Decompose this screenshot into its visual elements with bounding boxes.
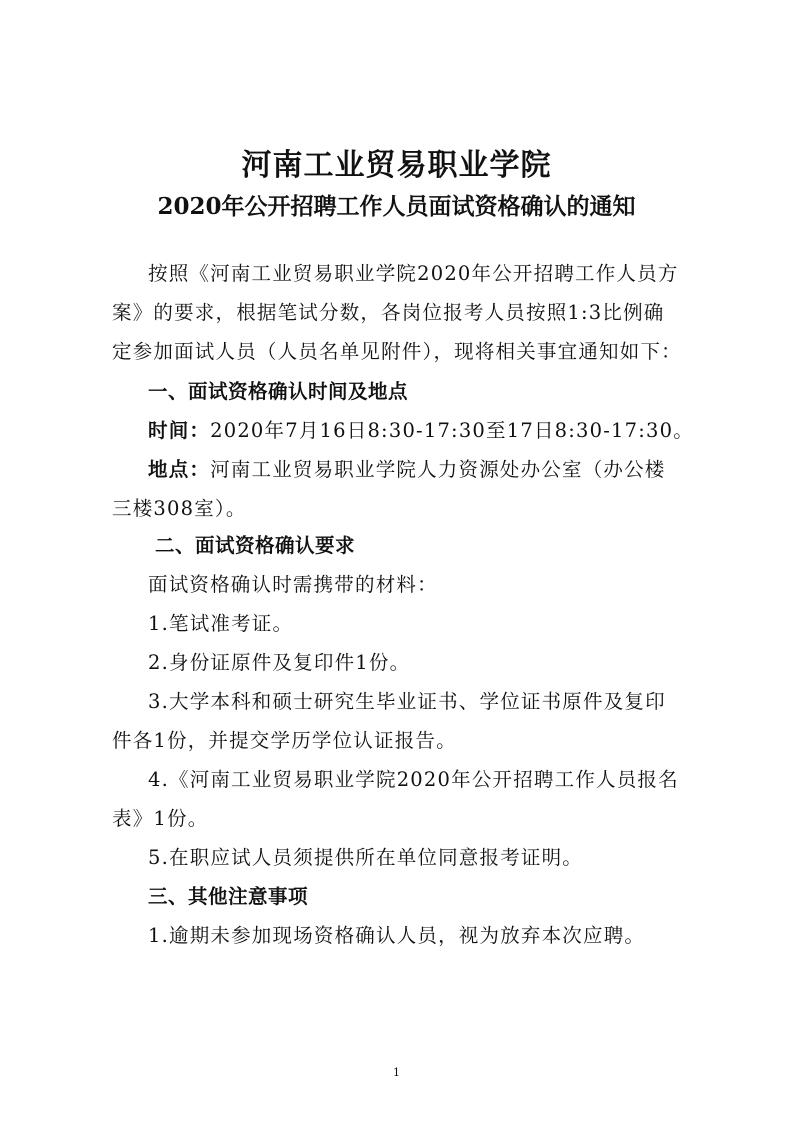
list-item: 2.身份证原件及复印件1份。 [148,647,410,675]
list-item: 1.逾期未参加现场资格确认人员，视为放弃本次应聘。 [148,920,645,948]
list-item: 1.笔试准考证。 [148,608,293,636]
list-item: 3.大学本科和硕士研究生毕业证书、学位证书原件及复印 [148,686,666,714]
section1-heading: 一、面试资格确认时间及地点 [148,376,408,404]
time-value: 2020年7月16日8:30-17:30至17日8:30-17:30。 [210,419,694,442]
section2-heading: 二、面试资格确认要求 [155,530,355,558]
document-title: 河南工业贸易职业学院 [0,140,793,184]
document-subtitle: 2020年公开招聘工作人员面试资格确认的通知 [0,188,793,221]
intro-line-2: 案》的要求，根据笔试分数，各岗位报考人员按照1:3比例确 [112,297,664,325]
place-label: 地点： [148,458,210,481]
place-line: 地点：河南工业贸易职业学院人力资源处办公室（办公楼 [148,454,666,482]
list-item-cont: 表》1份。 [112,803,208,831]
intro-line-3: 定参加面试人员（人员名单见附件），现将相关事宜通知如下： [112,336,682,364]
page-number: 1 [0,1066,793,1079]
section2-lead: 面试资格确认时需携带的材料： [148,569,438,597]
section3-heading: 三、其他注意事项 [148,881,308,909]
intro-line-1: 按照《河南工业贸易职业学院2020年公开招聘工作人员方 [148,258,679,286]
list-item: 4.《河南工业贸易职业学院2020年公开招聘工作人员报名 [148,764,679,792]
place-line-cont: 三楼308室）。 [112,493,247,521]
time-line: 时间：2020年7月16日8:30-17:30至17日8:30-17:30。 [148,415,694,443]
place-value: 河南工业贸易职业学院人力资源处办公室（办公楼 [210,458,665,481]
list-item: 5.在职应试人员须提供所在单位同意报考证明。 [148,842,583,870]
list-item-cont: 件各1份，并提交学历学位认证报告。 [112,725,457,753]
time-label: 时间： [148,419,210,442]
